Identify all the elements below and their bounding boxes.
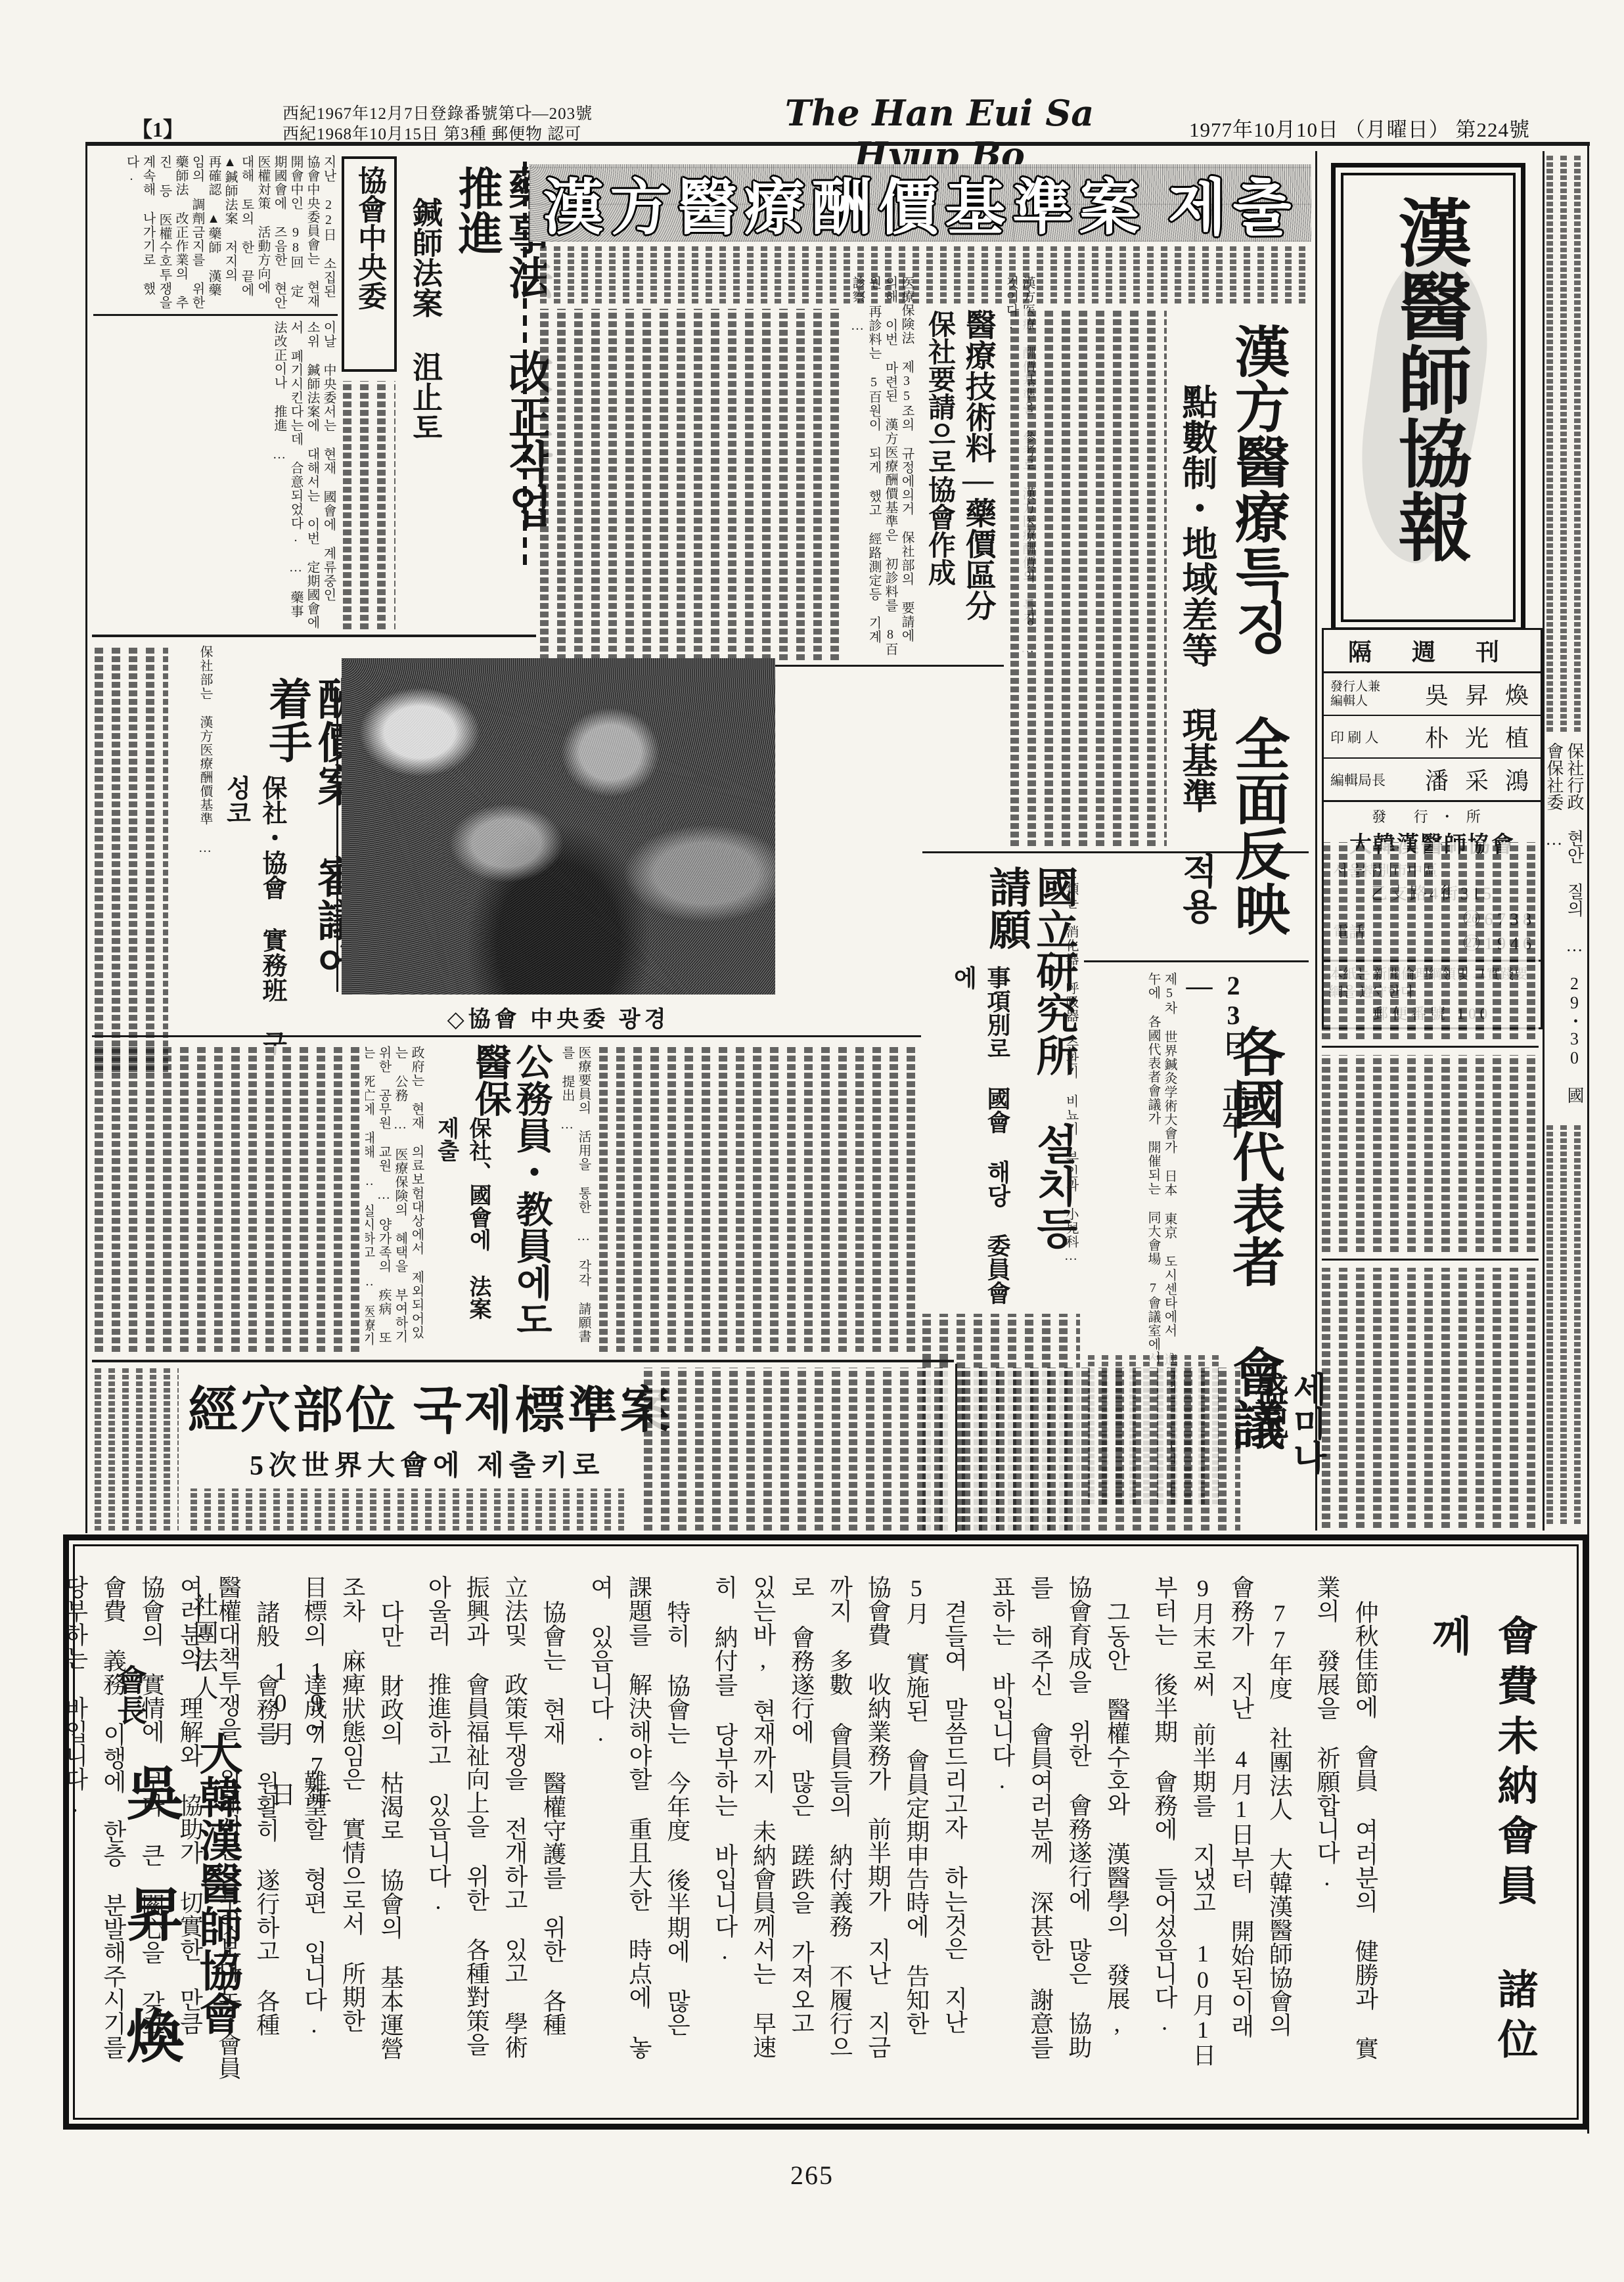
notice-paragraph: 協會는 현재 醫權守護를 위한 各種 立法및 政策투쟁을 전개하고 있고 學術振… xyxy=(419,1575,572,2081)
masthead-box: 漢醫師協報 xyxy=(1331,163,1525,632)
seminar-headline: 세미나 盛況 xyxy=(1248,1372,1324,1529)
divider xyxy=(92,1035,921,1037)
civil-article-subhead: 保社、國會에 法案 제출 xyxy=(430,1117,494,1353)
section-divider xyxy=(92,635,536,637)
staff-name: 吳 昇 煥 xyxy=(1425,677,1534,711)
body-text-columns xyxy=(1010,309,1167,846)
staff-role: 發行人兼 編輯人 xyxy=(1330,680,1395,709)
fee-article-headline: 醫療技術料—藥價區分 xyxy=(960,309,995,677)
staff-row: 發行人兼 編輯人 吳 昇 煥 xyxy=(1324,673,1541,716)
body-text-columns xyxy=(540,309,842,660)
body-text-columns xyxy=(599,1046,920,1352)
section-divider xyxy=(92,1360,954,1362)
masthead-title: 漢醫師協報 xyxy=(1391,195,1465,602)
article-drug-law-lead: 지난 22日 소집된 協會中央委員會는 현재 開會中인 98回 定期國會에 즈음… xyxy=(95,155,336,310)
staff-row: 編輯局長 潘 采 鴻 xyxy=(1324,759,1541,802)
notice-body: 會費未納會員 諸位께 仲秋佳節에 會員 여러분의 健勝과 實業의 發展을 祈願합… xyxy=(331,1575,1546,2081)
civil-article-lead: 政府는 현재 의료보험대상에서 제외되어있는 公務 … 医療保険의 혜택을 부여… xyxy=(365,1046,424,1352)
publisher-label: 發 行・所 xyxy=(1329,806,1535,826)
side-brief: 保社行政 현안 질의 … 29・30 國會保社委 … xyxy=(1546,742,1585,1110)
staff-row: 印 刷 人 朴 光 植 xyxy=(1324,716,1541,759)
article-drug-law-subhead: 鍼師法案 沮止토 xyxy=(403,197,447,565)
divider xyxy=(955,1364,957,1532)
body-text-columns xyxy=(1546,1123,1585,1524)
notice-paragraph: 仲秋佳節에 會員 여러분의 健勝과 實業의 發展을 祈願합니다. xyxy=(1308,1575,1385,2081)
frequency-label: 隔 週 刊 xyxy=(1324,630,1541,673)
body-text-columns xyxy=(1322,1268,1539,1528)
article-kicker-central-committee: 協會中央委 xyxy=(342,156,397,372)
notice-box-inner-border: 會費未納會員 諸位께 仲秋佳節에 會員 여러분의 健勝과 實業의 發展을 祈願합… xyxy=(73,1544,1579,2120)
staff-role: 編輯局長 xyxy=(1330,770,1395,790)
notice-org: 社團法人 大韓漢醫師協會 xyxy=(185,1592,248,2099)
fee-article-subhead: 保社要請으로協會作成 xyxy=(920,310,959,675)
issue-date: 1977年10月10日 （月曜日） 第224號 xyxy=(1189,113,1530,143)
signer-name: 吳 昇 煥 xyxy=(108,1763,191,2078)
staff-name: 朴 光 植 xyxy=(1425,720,1534,753)
page-marker: 【1】 xyxy=(131,113,184,143)
body-text-columns xyxy=(95,1368,179,1531)
institute-article-fragment: …類는 消化器 呼吸器 순환기 비뇨기 부인과 小兒科… xyxy=(1050,867,1079,1301)
notice-date: 1977年 10月 日 xyxy=(263,1658,335,1829)
acupoints-subhead: 5次世界大會에 제출키로 xyxy=(250,1444,604,1483)
divider xyxy=(1322,1259,1539,1261)
fee-article-lead: 医療保険法 제35조의 규정에의거 保社部의 要請에 의해 이번 마련된 漢方医… xyxy=(851,276,914,663)
institute-article-subhead: 事項別로 國會 해당 委員會에 xyxy=(947,966,1014,1320)
divider xyxy=(336,690,338,992)
body-text-columns xyxy=(95,1046,360,1352)
notice-paragraph: 그동안 醫權수호와 漢醫學의 發展, 協會育成을 위한 會務遂行에 많은 協助를… xyxy=(983,1575,1136,2081)
divider xyxy=(1322,1046,1539,1048)
article-drug-law-lead2: 이날 中央委서는 현재 國會에 계류중인 소위 鍼師法案에 대해서는 이번 定期… xyxy=(95,321,336,629)
notice-signer: 會長 吳 昇 煥 xyxy=(108,1665,191,2078)
page-number: 265 xyxy=(0,2160,1624,2191)
body-text-columns xyxy=(962,1368,1240,1531)
notice-paragraph: 겯들여 말씀드리고자 하는것은 지난 5月 實施된 會員定期申告時에 告知한 協… xyxy=(706,1575,974,2081)
divider xyxy=(922,851,1309,853)
review-article-lead: 保社部는 漢方医療酬價基準 … xyxy=(172,645,213,1072)
registration-line-1: 西紀1967年12月7日登錄番號第다—203號 xyxy=(282,104,593,124)
civil-article-fragment: 医療要員의 活用을 통한 … 각각 請願書를 提出 … xyxy=(533,1046,591,1352)
masthead-column-divider xyxy=(1315,151,1317,1531)
meeting-photo xyxy=(342,658,775,995)
body-text-columns xyxy=(1322,842,1539,1039)
staff-name: 潘 采 鴻 xyxy=(1425,763,1534,796)
body-text-columns xyxy=(95,645,168,1072)
header-divider xyxy=(85,142,1590,146)
body-text-columns xyxy=(644,1368,950,1531)
registration-lines: 西紀1967年12月7日登錄番號第다—203號 西紀1968年10月15日 第3… xyxy=(282,104,593,145)
photo-caption: ◇協會 中央委 광경 xyxy=(342,1001,775,1033)
org-type: 社團法人 xyxy=(185,1592,221,1724)
notice-paragraph: 特히 協會는 今年度 後半期에 많은 課題를 解決해야할 重且大한 時点에 놓여… xyxy=(581,1575,696,2081)
body-text-columns xyxy=(1322,1055,1539,1252)
org-name: 大韓漢醫師協會 xyxy=(185,1732,248,2099)
hanbang-features-headline: 漢方醫療특징 全面反映 xyxy=(1226,323,1288,1033)
divider xyxy=(1084,960,1309,962)
body-text-columns xyxy=(540,246,1309,303)
divider xyxy=(93,314,338,316)
body-text-columns xyxy=(1546,154,1585,732)
staff-role: 印 刷 人 xyxy=(1330,727,1395,747)
notice-box: 會費未納會員 諸位께 仲秋佳節에 會員 여러분의 健勝과 實業의 發展을 祈願합… xyxy=(63,1534,1589,2130)
review-article-subhead: 保社・協會 實務班 구성코 xyxy=(218,775,290,1071)
body-text-columns xyxy=(343,381,395,629)
brief-column-divider xyxy=(1543,151,1545,1531)
main-banner: 漢方醫療酬價基準案 제출 xyxy=(530,164,1311,242)
page-frame-left xyxy=(85,146,87,1533)
main-headline: 漢方醫療酬價基準案 제출 xyxy=(543,160,1298,246)
notice-headline: 會費未納會員 諸位께 xyxy=(1414,1575,1546,2081)
newspaper-page: { "header": { "page_marker": "【1】", "reg… xyxy=(0,0,1624,2282)
notice-paragraph: 77年度 社團法人 大韓漢醫師協會의 會務가 지난 4月1日부터 開始된이래 9… xyxy=(1145,1575,1298,2081)
signer-title: 會長 xyxy=(108,1665,151,1743)
delegates-article-subhead: 23日 正午— xyxy=(1184,971,1252,1155)
acupoints-headline: 經穴部位 국제標準案 xyxy=(188,1370,673,1442)
body-text-columns xyxy=(191,1488,624,1531)
